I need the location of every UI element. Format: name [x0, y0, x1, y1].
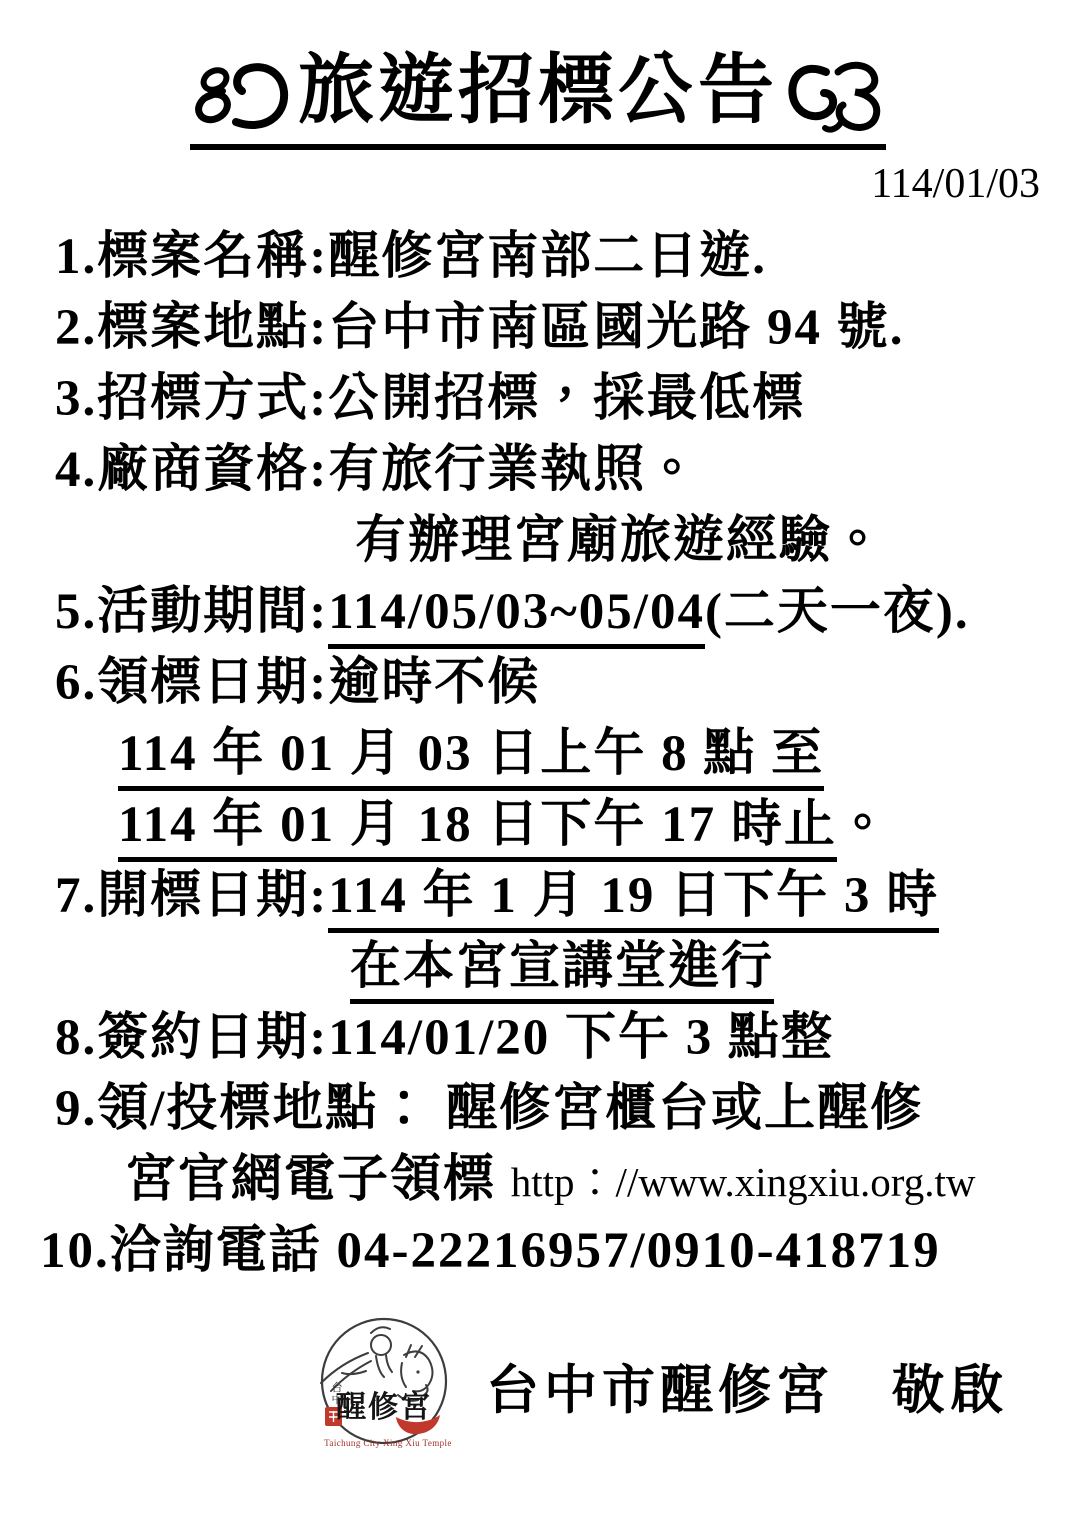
logo-temple-name: 醒修宮: [336, 1391, 432, 1424]
temple-logo: 台 中 醒修宮 Taichung City Xing Xiu Temple: [308, 1311, 460, 1461]
line-item-9-continued: 宮官網電子領標 http：//www.xingxiu.org.tw: [0, 1145, 1076, 1216]
temple-website-url: http：//www.xingxiu.org.tw: [511, 1159, 976, 1205]
signature-text: 台中市醒修宮 敬啟: [486, 1348, 1008, 1424]
ornament-swirl-right-icon: [786, 60, 882, 134]
ornament-swirl-left-icon: [194, 60, 290, 134]
line-item-7: 7.開標日期:114 年 1 月 19 日下午 3 時: [0, 861, 1076, 932]
date-row: 114/01/03: [0, 156, 1076, 212]
page-title-group: 旅遊招標公告: [190, 46, 886, 150]
line-item-7-continued: 在本宮宣講堂進行: [0, 932, 1076, 1003]
logo-caption: Taichung City Xing Xiu Temple: [324, 1438, 452, 1448]
line-item-3: 3.招標方式:公開招標，採最低標: [0, 364, 1076, 435]
line-item-6: 6.領標日期:逾時不候: [0, 648, 1076, 719]
line-item-4: 4.廠商資格:有旅行業執照。: [0, 435, 1076, 506]
announcement-page: 旅遊招標公告 114/01/03 1.標案名稱:醒修宮南部二日遊. 2.標案地點…: [0, 0, 1076, 1520]
footer-row: 台 中 醒修宮 Taichung City Xing Xiu Temple 台中…: [0, 1311, 1076, 1461]
line-item-6-date-end: 114 年 01 月 18 日下午 17 時止。: [0, 790, 1076, 861]
line-item-4-continued: 有辦理宮廟旅遊經驗。: [0, 506, 1076, 577]
title-row: 旅遊招標公告: [0, 0, 1076, 150]
line-item-5: 5.活動期間:114/05/03~05/04(二天一夜).: [0, 577, 1076, 648]
line-item-10: 10.洽詢電話 04-22216957/0910-418719: [0, 1216, 1076, 1287]
line-item-1: 1.標案名稱:醒修宮南部二日遊.: [0, 222, 1076, 293]
line-item-9: 9.領/投標地點： 醒修宮櫃台或上醒修: [0, 1074, 1076, 1145]
logo-horse-eye: [416, 1370, 419, 1373]
announcement-date: 114/01/03: [871, 161, 1040, 207]
line-item-2: 2.標案地點:台中市南區國光路 94 號.: [0, 293, 1076, 364]
page-title: 旅遊招標公告: [298, 46, 778, 136]
line-item-6-date-start: 114 年 01 月 03 日上午 8 點 至: [0, 719, 1076, 790]
line-item-8: 8.簽約日期:114/01/20 下午 3 點整: [0, 1003, 1076, 1074]
announcement-body: 1.標案名稱:醒修宮南部二日遊. 2.標案地點:台中市南區國光路 94 號. 3…: [0, 222, 1076, 1287]
